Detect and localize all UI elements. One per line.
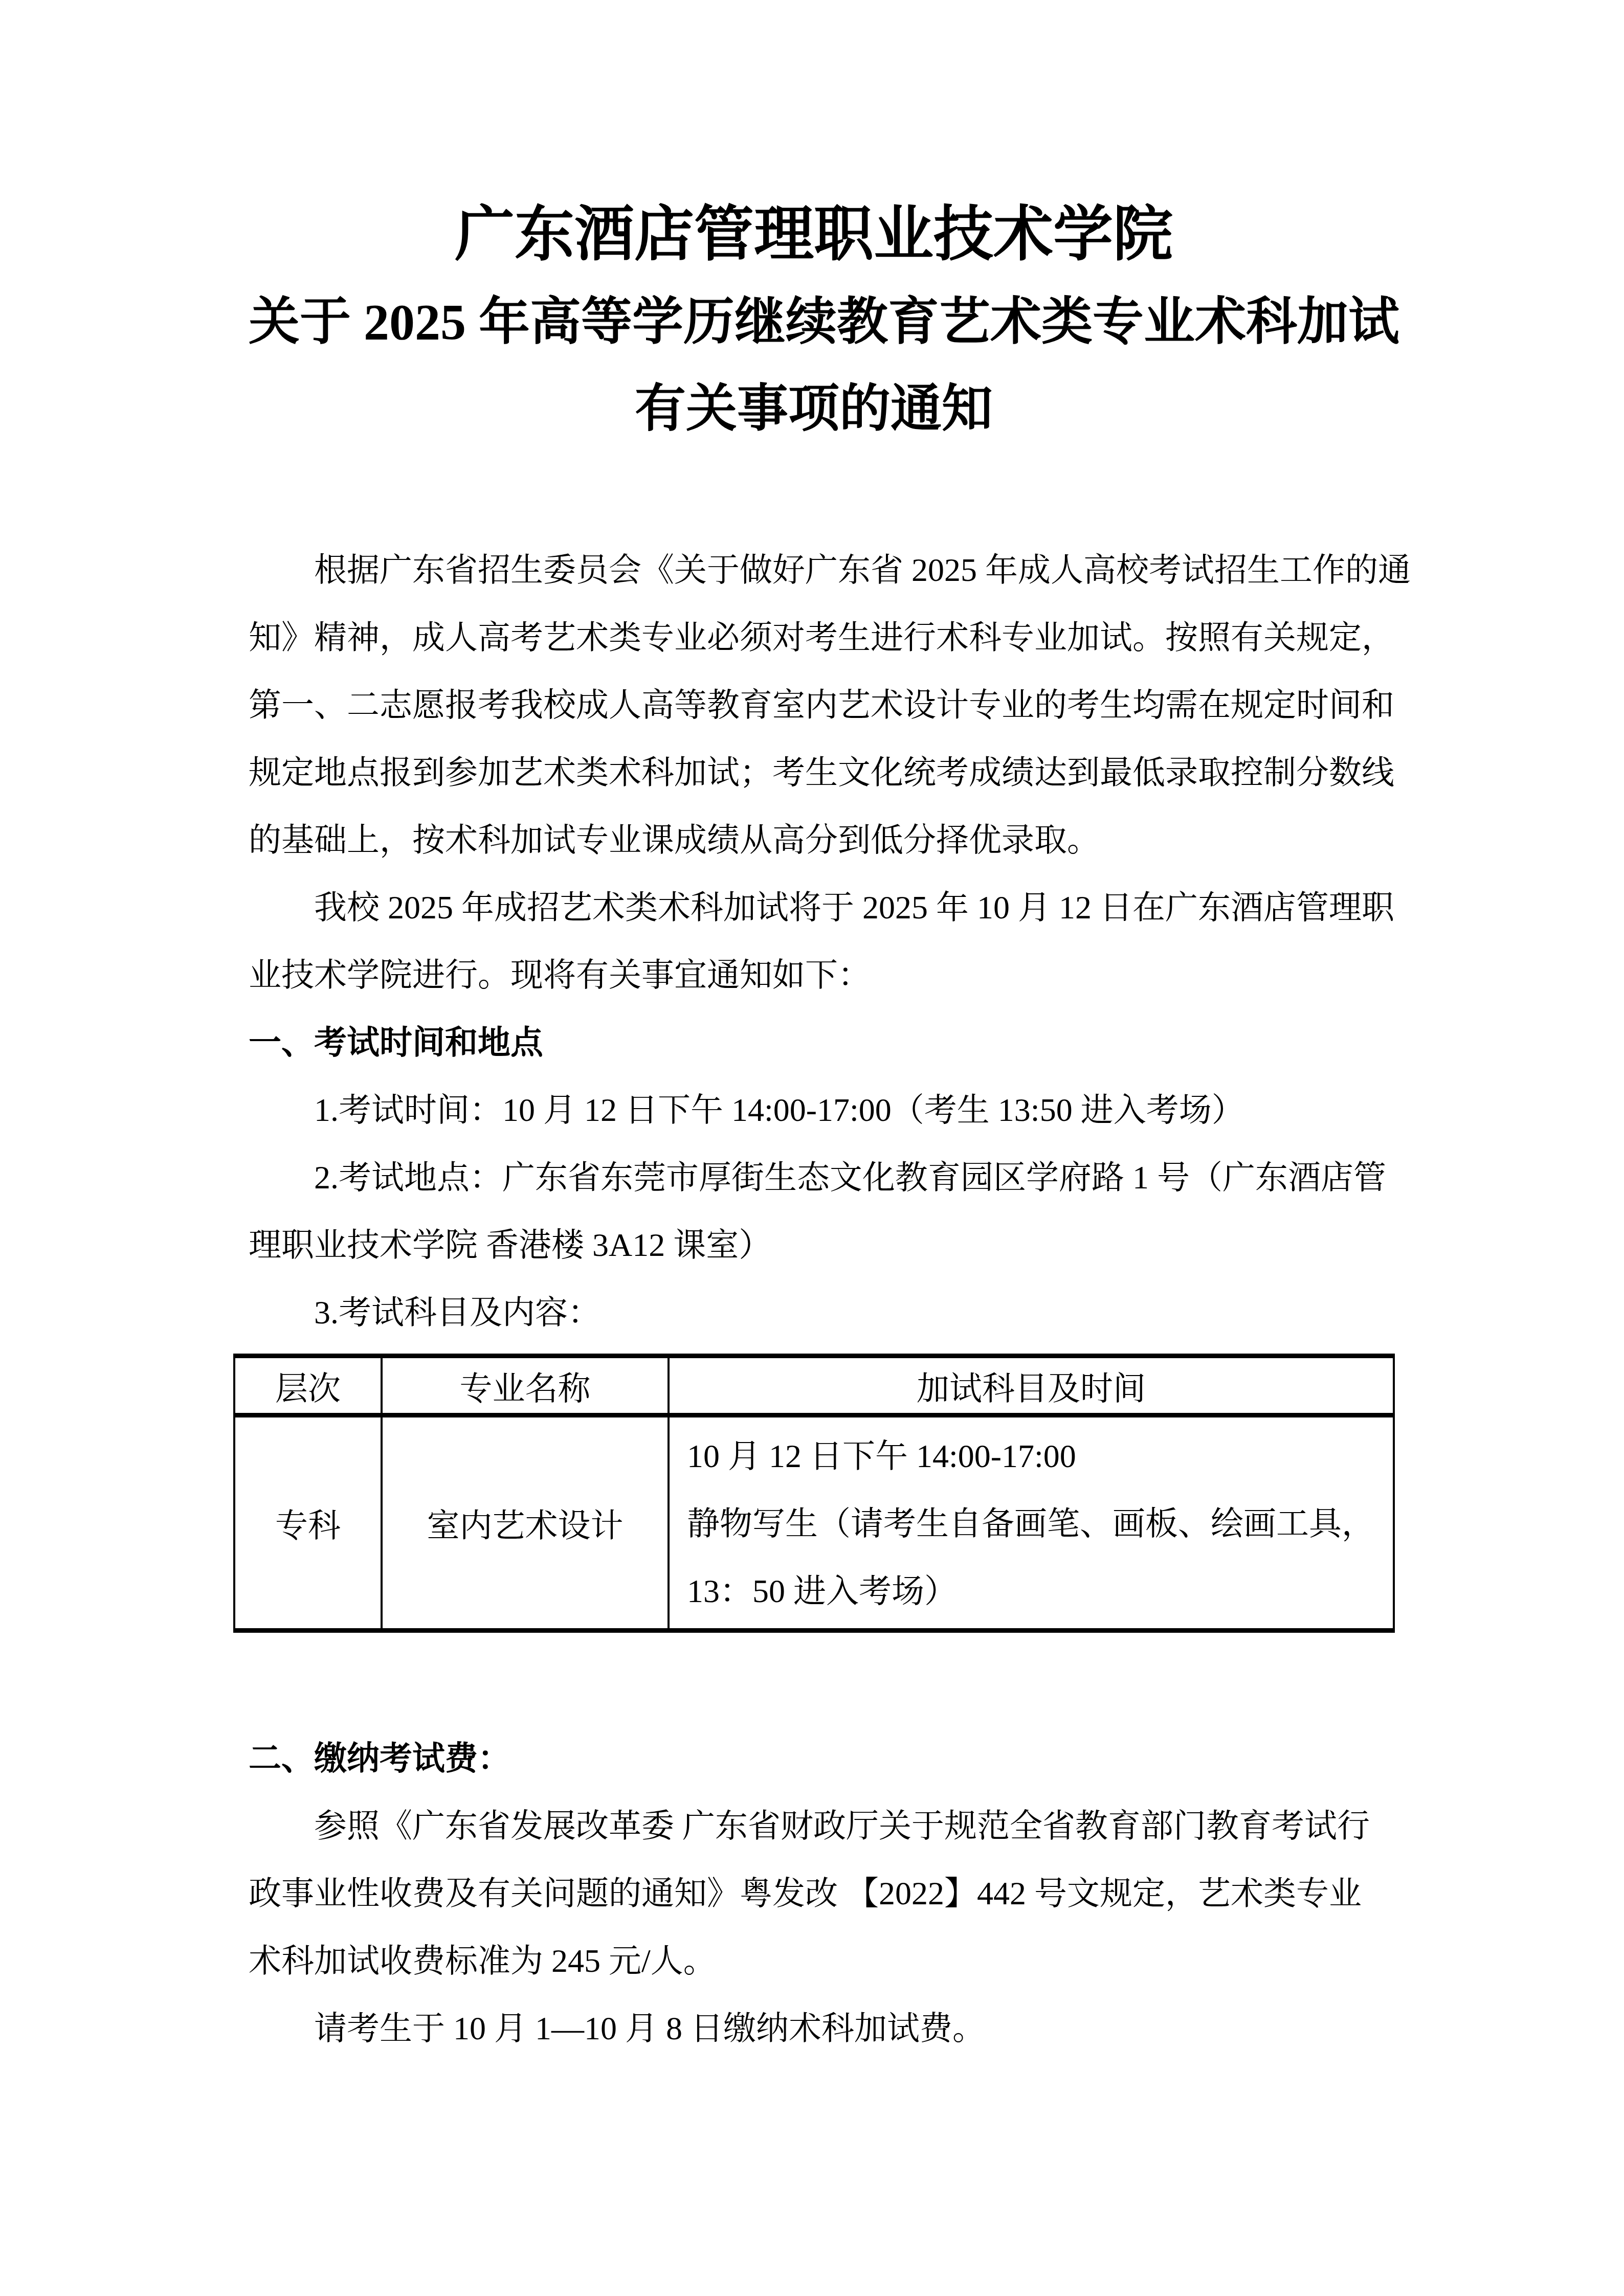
title-block: 广东酒店管理职业技术学院 关于 2025 年高等学历继续教育艺术类专业术科加试 … bbox=[249, 0, 1379, 453]
item-exam-subjects: 3.考试科目及内容： bbox=[249, 1279, 1379, 1346]
text-line: 静物写生（请考生自备画笔、画板、绘画工具， bbox=[687, 1490, 1385, 1558]
paragraph-fee-deadline: 请考生于 10 月 1—10 月 8 日缴纳术科加试费。 bbox=[249, 1995, 1379, 2062]
table-header-level: 层次 bbox=[234, 1356, 382, 1415]
text-line: 1.考试时间：10 月 12 日下午 14:00-17:00（考生 13:50 … bbox=[249, 1076, 1379, 1144]
item-exam-time: 1.考试时间：10 月 12 日下午 14:00-17:00（考生 13:50 … bbox=[249, 1076, 1379, 1144]
doc-title-organization: 广东酒店管理职业技术学院 bbox=[249, 192, 1379, 279]
text-line: 10 月 12 日下午 14:00-17:00 bbox=[687, 1423, 1385, 1490]
doc-title-subject-line1: 关于 2025 年高等学历继续教育艺术类专业术科加试 bbox=[249, 279, 1379, 366]
section1-heading: 一、考试时间和地点 bbox=[249, 1009, 1379, 1076]
paragraph-intro: 根据广东省招生委员会《关于做好广东省 2025 年成人高校考试招生工作的通 知》… bbox=[249, 536, 1379, 874]
exam-schedule-table: 层次 专业名称 加试科目及时间 专科 室内艺术设计 10 月 12 日下午 14… bbox=[233, 1354, 1395, 1633]
text-line: 根据广东省招生委员会《关于做好广东省 2025 年成人高校考试招生工作的通 bbox=[249, 536, 1379, 604]
cell-subject-time: 10 月 12 日下午 14:00-17:00 静物写生（请考生自备画笔、画板、… bbox=[669, 1415, 1394, 1631]
cell-major: 室内艺术设计 bbox=[382, 1415, 669, 1631]
text-line: 第一、二志愿报考我校成人高等教育室内艺术设计专业的考生均需在规定时间和 bbox=[249, 671, 1379, 739]
text-line: 政事业性收费及有关问题的通知》粤发改 【2022】442 号文规定，艺术类专业 bbox=[249, 1860, 1379, 1927]
item-exam-location: 2.考试地点：广东省东莞市厚街生态文化教育园区学府路 1 号（广东酒店管 理职业… bbox=[249, 1144, 1379, 1279]
table-header-subject-time: 加试科目及时间 bbox=[669, 1356, 1394, 1415]
text-line: 3.考试科目及内容： bbox=[249, 1279, 1379, 1346]
table-header-major: 专业名称 bbox=[382, 1356, 669, 1415]
text-line: 参照《广东省发展改革委 广东省财政厅关于规范全省教育部门教育考试行 bbox=[249, 1792, 1379, 1860]
paragraph-exam-announcement: 我校 2025 年成招艺术类术科加试将于 2025 年 10 月 12 日在广东… bbox=[249, 874, 1379, 1009]
text-line: 知》精神，成人高考艺术类专业必须对考生进行术科专业加试。按照有关规定， bbox=[249, 604, 1379, 671]
paragraph-fee-policy: 参照《广东省发展改革委 广东省财政厅关于规范全省教育部门教育考试行 政事业性收费… bbox=[249, 1792, 1379, 1995]
section2-heading: 二、缴纳考试费： bbox=[249, 1725, 1379, 1792]
text-line: 的基础上，按术科加试专业课成绩从高分到低分择优录取。 bbox=[249, 806, 1379, 874]
text-line: 2.考试地点：广东省东莞市厚街生态文化教育园区学府路 1 号（广东酒店管 bbox=[249, 1144, 1379, 1211]
cell-level: 专科 bbox=[234, 1415, 382, 1631]
table-header-row: 层次 专业名称 加试科目及时间 bbox=[234, 1356, 1394, 1415]
text-line: 业技术学院进行。现将有关事宜通知如下： bbox=[249, 941, 1379, 1009]
text-line: 13：50 进入考场） bbox=[687, 1558, 1385, 1625]
text-line: 请考生于 10 月 1—10 月 8 日缴纳术科加试费。 bbox=[249, 1995, 1379, 2062]
text-line: 术科加试收费标准为 245 元/人。 bbox=[249, 1927, 1379, 1995]
text-line: 我校 2025 年成招艺术类术科加试将于 2025 年 10 月 12 日在广东… bbox=[249, 874, 1379, 941]
document-page: 广东酒店管理职业技术学院 关于 2025 年高等学历继续教育艺术类专业术科加试 … bbox=[0, 0, 1624, 2296]
text-line: 规定地点报到参加艺术类术科加试；考生文化统考成绩达到最低录取控制分数线 bbox=[249, 739, 1379, 806]
doc-title-subject-line2: 有关事项的通知 bbox=[249, 366, 1379, 453]
text-line: 理职业技术学院 香港楼 3A12 课室） bbox=[249, 1211, 1379, 1279]
table-row: 专科 室内艺术设计 10 月 12 日下午 14:00-17:00 静物写生（请… bbox=[234, 1415, 1394, 1631]
